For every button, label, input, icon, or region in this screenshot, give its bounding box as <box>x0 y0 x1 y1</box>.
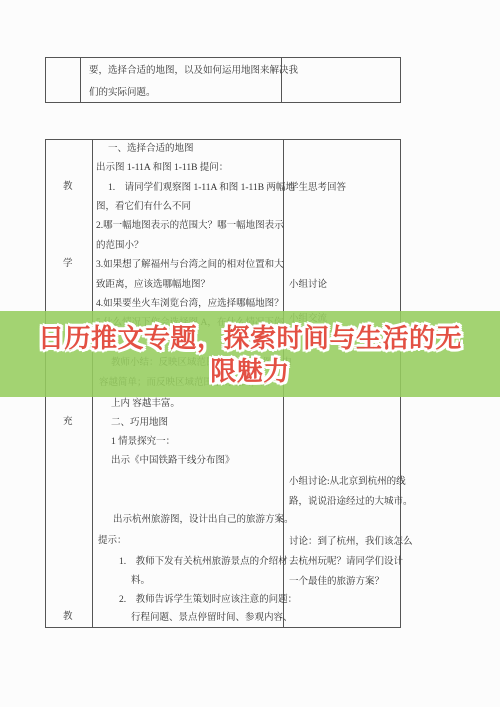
banner-title-line1: 日历推文专题，探索时间与生活的无 <box>38 322 462 355</box>
text-line: 讨论：到了杭州，我们该怎么 <box>289 536 413 548</box>
text-line: 小组讨论 <box>289 279 327 291</box>
text-line: 小组讨论:从北京到杭州的线 <box>289 476 406 488</box>
document-page: 要，选择合适的地图，以及如何运用地图来解决我们的实际问题。 教学充教 一、选择合… <box>0 0 500 707</box>
text-line: 去杭州玩呢？请同学们设计 <box>289 556 403 568</box>
text-line: 学生思考回答 <box>289 182 346 194</box>
text-line: 一个最佳的旅游方案？ <box>289 576 384 588</box>
lesson-plan-table-top: 要，选择合适的地图，以及如何运用地图来解决我们的实际问题。 <box>45 57 401 103</box>
promo-banner-overlay: 日历推文专题，探索时间与生活的无 限魅力 <box>0 311 500 397</box>
text-line: 路，说说沿途经过的大城市。 <box>289 496 413 508</box>
text-line: 们的实际问题。 <box>89 87 156 99</box>
table-top-text: 要，选择合适的地图，以及如何运用地图来解决我们的实际问题。 <box>46 58 400 102</box>
text-line: 要，选择合适的地图，以及如何运用地图来解决我 <box>89 65 298 77</box>
banner-title-line2: 限魅力 <box>210 355 290 388</box>
